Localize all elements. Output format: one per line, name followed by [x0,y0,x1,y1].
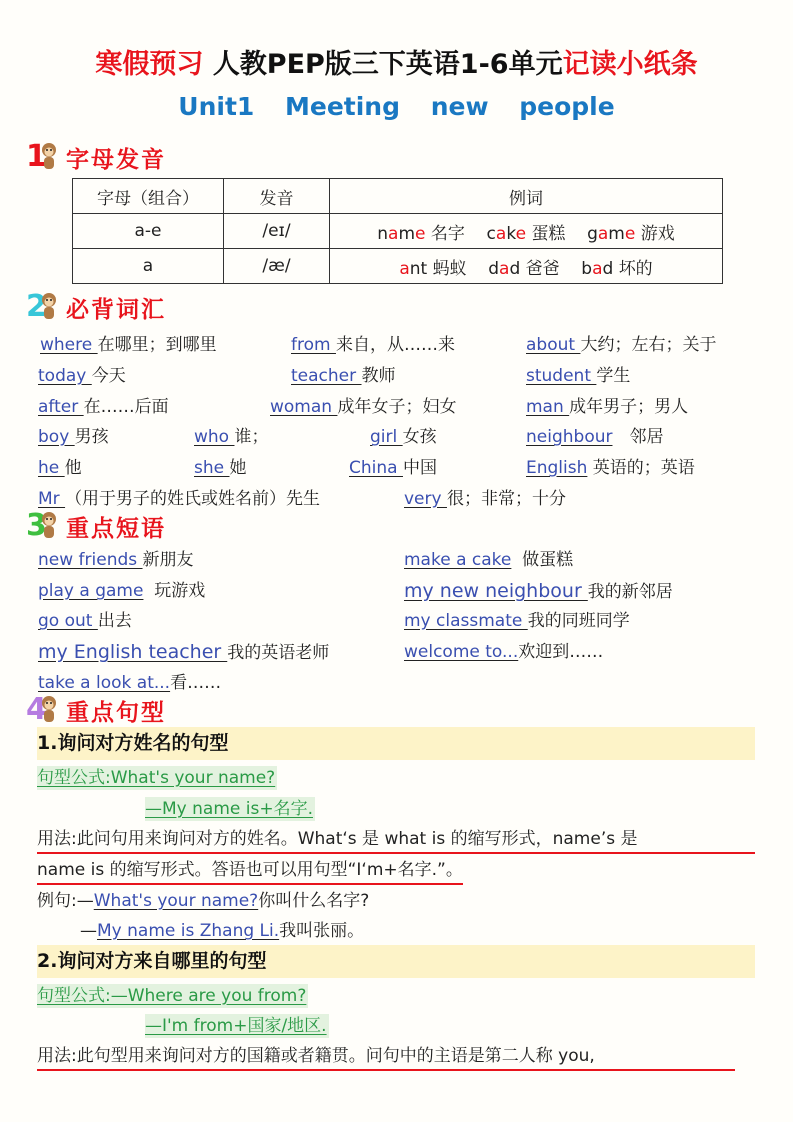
example-answer: —My name is Zhang Li.我叫张丽。 [80,919,364,943]
vocab-item: student 学生 [526,365,630,387]
monkey-number-icon: 4 [26,693,66,727]
phrase-item: go out 出去 [38,610,132,632]
letter-cell: a [73,249,224,284]
vocab-item: man 成年男子；男人 [526,396,688,418]
unit-title: Unit1 Meeting new people [0,92,793,121]
formula-line: 句型公式:—Where are you from? [37,984,308,1008]
section-label: 必背词汇 [66,291,166,324]
example-word: game 游戏 [587,224,675,244]
vocab-item: from 来自，从……来 [291,334,455,356]
section-header-phonics: 1 字母发音 [26,140,166,174]
phrase-item: play a game 玩游戏 [38,580,205,602]
table-row: a /æ/ ant 蚂蚁 dad 爸爸 bad 坏的 [73,249,723,284]
example-word: bad 坏的 [581,259,652,279]
sound-cell: /æ/ [224,249,330,284]
monkey-icon [38,142,60,170]
examples-cell: name 名字 cake 蛋糕 game 游戏 [330,214,723,249]
phrase-item: my English teacher 我的英语老师 [38,641,329,664]
monkey-number-icon: 2 [26,290,66,324]
vocab-item: today 今天 [38,365,126,387]
header-cell: 字母（组合） [73,179,224,214]
vocab-item: about 大约；左右；关于 [526,334,716,356]
vocab-item: English 英语的；英语 [526,457,695,479]
vocab-item: teacher 教师 [291,365,396,387]
vocab-item: where 在哪里；到哪里 [40,334,217,356]
phrase-item: welcome to...欢迎到…… [404,641,603,663]
title-main: 人教PEP版三下英语1-6单元 [203,49,562,80]
monkey-icon [38,511,60,539]
section-header-phrases: 3 重点短语 [26,509,166,543]
usage-text: 用法:此句型用来询问对方的国籍或者籍贯。问句中的主语是第二人称 you, [37,1043,735,1071]
document-title: 寒假预习 人教PEP版三下英语1-6单元记读小纸条 [0,42,793,81]
section-label: 重点短语 [66,510,166,543]
monkey-icon [38,292,60,320]
title-suffix: 记读小纸条 [563,49,698,80]
vocab-item: Mr （用于男子的姓氏或姓名前）先生 [38,488,320,510]
sentence-heading: 2.询问对方来自哪里的句型 [37,945,755,978]
vocab-item: girl 女孩 [370,426,437,448]
vocab-item: he 他 [38,457,82,479]
title-prefix: 寒假预习 [95,49,203,80]
vocab-item: neighbour 邻居 [526,426,663,448]
phrase-item: new friends 新朋友 [38,549,194,571]
formula-line: 句型公式:What's your name? [37,766,277,790]
monkey-number-icon: 1 [26,140,66,174]
vocab-item: after 在……后面 [38,396,169,418]
section-label: 字母发音 [66,141,166,174]
section-label: 重点句型 [66,694,166,727]
phrase-item: my classmate 我的同班同学 [404,610,630,632]
header-cell: 例词 [330,179,723,214]
formula-line: —My name is+名字. [145,797,315,821]
usage-text: name is 的缩写形式。答语也可以用句型“I‘m+名字.”。 [37,857,463,885]
phrase-item: take a look at...看…… [38,672,221,694]
formula-line: —I'm from+国家/地区. [145,1014,329,1038]
monkey-icon [38,695,60,723]
example-word: cake 蛋糕 [487,224,566,244]
phonics-table: 字母（组合） 发音 例词 a-e /eɪ/ name 名字 cake 蛋糕 ga… [72,178,723,284]
letter-cell: a-e [73,214,224,249]
vocab-item: China 中国 [349,457,437,479]
section-header-vocabulary: 2 必背词汇 [26,290,166,324]
vocab-item: she 她 [194,457,247,479]
sentence-heading: 1.询问对方姓名的句型 [37,727,755,760]
example-word: ant 蚂蚁 [399,259,466,279]
table-header-row: 字母（组合） 发音 例词 [73,179,723,214]
examples-cell: ant 蚂蚁 dad 爸爸 bad 坏的 [330,249,723,284]
vocab-item: very 很；非常；十分 [404,488,566,510]
example-question: 例句:—What's your name?你叫什么名字? [37,889,369,913]
vocab-item: woman 成年女子；妇女 [270,396,456,418]
usage-text: 用法:此问句用来询问对方的姓名。What‘s 是 what is 的缩写形式，n… [37,826,755,854]
phrase-item: my new neighbour 我的新邻居 [404,580,673,603]
section-header-sentences: 4 重点句型 [26,693,166,727]
example-word: dad 爸爸 [488,259,559,279]
phrase-item: make a cake 做蛋糕 [404,549,573,571]
sound-cell: /eɪ/ [224,214,330,249]
table-row: a-e /eɪ/ name 名字 cake 蛋糕 game 游戏 [73,214,723,249]
header-cell: 发音 [224,179,330,214]
vocab-item: who 谁； [194,426,268,448]
example-word: name 名字 [377,224,465,244]
vocab-item: boy 男孩 [38,426,109,448]
monkey-number-icon: 3 [26,509,66,543]
